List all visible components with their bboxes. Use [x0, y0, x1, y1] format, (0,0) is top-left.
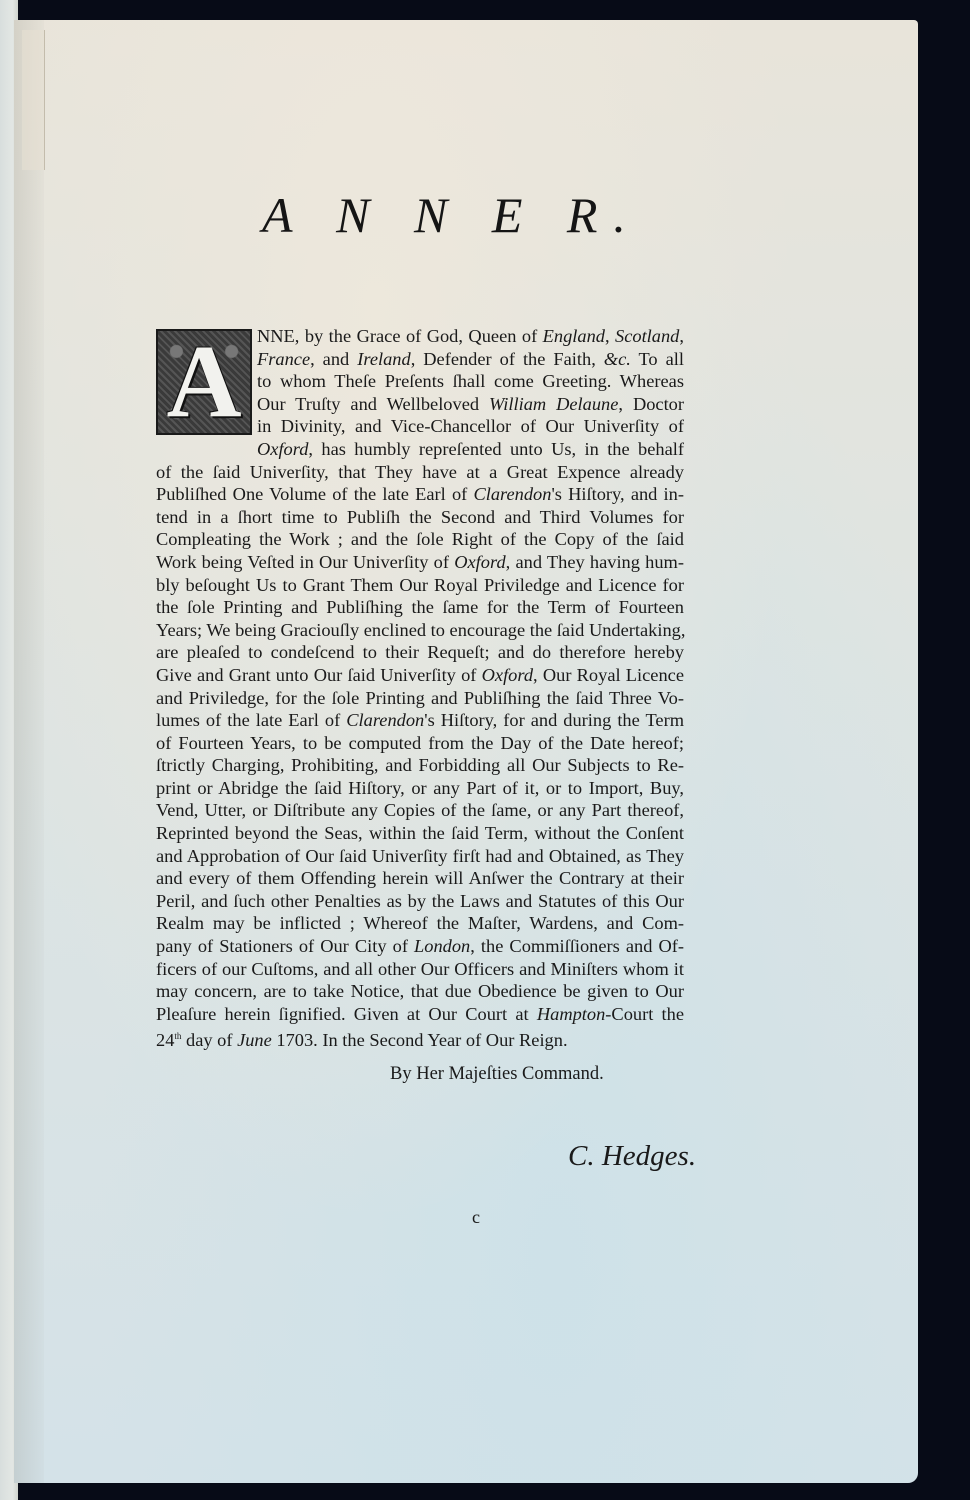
text-line: to whom Theſe Preſents ſhall come Greeti… — [156, 370, 684, 393]
signature-mark: c — [472, 1207, 480, 1228]
page-title: A N N E R. — [262, 186, 602, 244]
text-line: in Divinity, and Vice-Chancellor of Our … — [156, 415, 684, 438]
text-line: are pleaſed to condeſcend to their Reque… — [156, 641, 684, 664]
command-line: By Her Majeſties Command. — [390, 1064, 604, 1085]
text-line: Realm may be inflicted ; Whereof the Maſ… — [156, 912, 684, 935]
text-line: Give and Grant unto Our ſaid Univerſity … — [156, 664, 684, 687]
text-line: 24th day of June 1703. In the Second Yea… — [156, 1025, 684, 1048]
text-line: Publiſhed One Volume of the late Earl of… — [156, 483, 684, 506]
text-line: Our Truſty and Wellbeloved William Delau… — [156, 393, 684, 416]
text-line: Compleating the Work ; and the ſole Righ… — [156, 528, 684, 551]
text-line: Pleaſure herein ſignified. Given at Our … — [156, 1003, 684, 1026]
torn-paper-edge — [22, 30, 45, 170]
text-line: Peril, and ſuch other Penalties as by th… — [156, 890, 684, 913]
text-line: pany of Stationers of Our City of London… — [156, 935, 684, 958]
text-line: Work being Veſted in Our Univerſity of O… — [156, 551, 684, 574]
text-line: ficers of our Cuſtoms, and all other Our… — [156, 958, 684, 981]
text-line: Vend, Utter, or Diſtribute any Copies of… — [156, 799, 684, 822]
text-line: bly beſought Us to Grant Them Our Royal … — [156, 574, 684, 597]
text-line: and Priviledge, for the ſole Printing an… — [156, 687, 684, 710]
proclamation-body: NNE, by the Grace of God, Queen of Engla… — [156, 325, 684, 1048]
text-line: may concern, are to take Notice, that du… — [156, 980, 684, 1003]
text-line: Oxford, has humbly repreſented unto Us, … — [156, 438, 684, 461]
text-line: ſtrictly Charging, Prohibiting, and Forb… — [156, 754, 684, 777]
text-line: France, and Ireland, Defender of the Fai… — [156, 348, 684, 371]
text-line: tend in a ſhort time to Publiſh the Seco… — [156, 506, 684, 529]
text-line: of Fourteen Years, to be computed from t… — [156, 732, 684, 755]
text-line: of the ſaid Univerſity, that They have a… — [156, 461, 684, 484]
text-line: print or Abridge the ſaid Hiſtory, or an… — [156, 777, 684, 800]
text-line: lumes of the late Earl of Clarendon's Hi… — [156, 709, 684, 732]
page-gutter-shadow — [14, 20, 44, 1483]
text-line: and every of them Offending herein will … — [156, 867, 684, 890]
text-line: the ſole Printing and Publiſhing the ſam… — [156, 596, 684, 619]
text-line: Years; We being Graciouſly enclined to e… — [156, 619, 684, 642]
text-line: NNE, by the Grace of God, Queen of Engla… — [156, 325, 684, 348]
signature: C. Hedges. — [568, 1140, 696, 1173]
text-line: Reprinted beyond the Seas, within the ſa… — [156, 822, 684, 845]
text-line: and Approbation of Our ſaid Univerſity f… — [156, 845, 684, 868]
